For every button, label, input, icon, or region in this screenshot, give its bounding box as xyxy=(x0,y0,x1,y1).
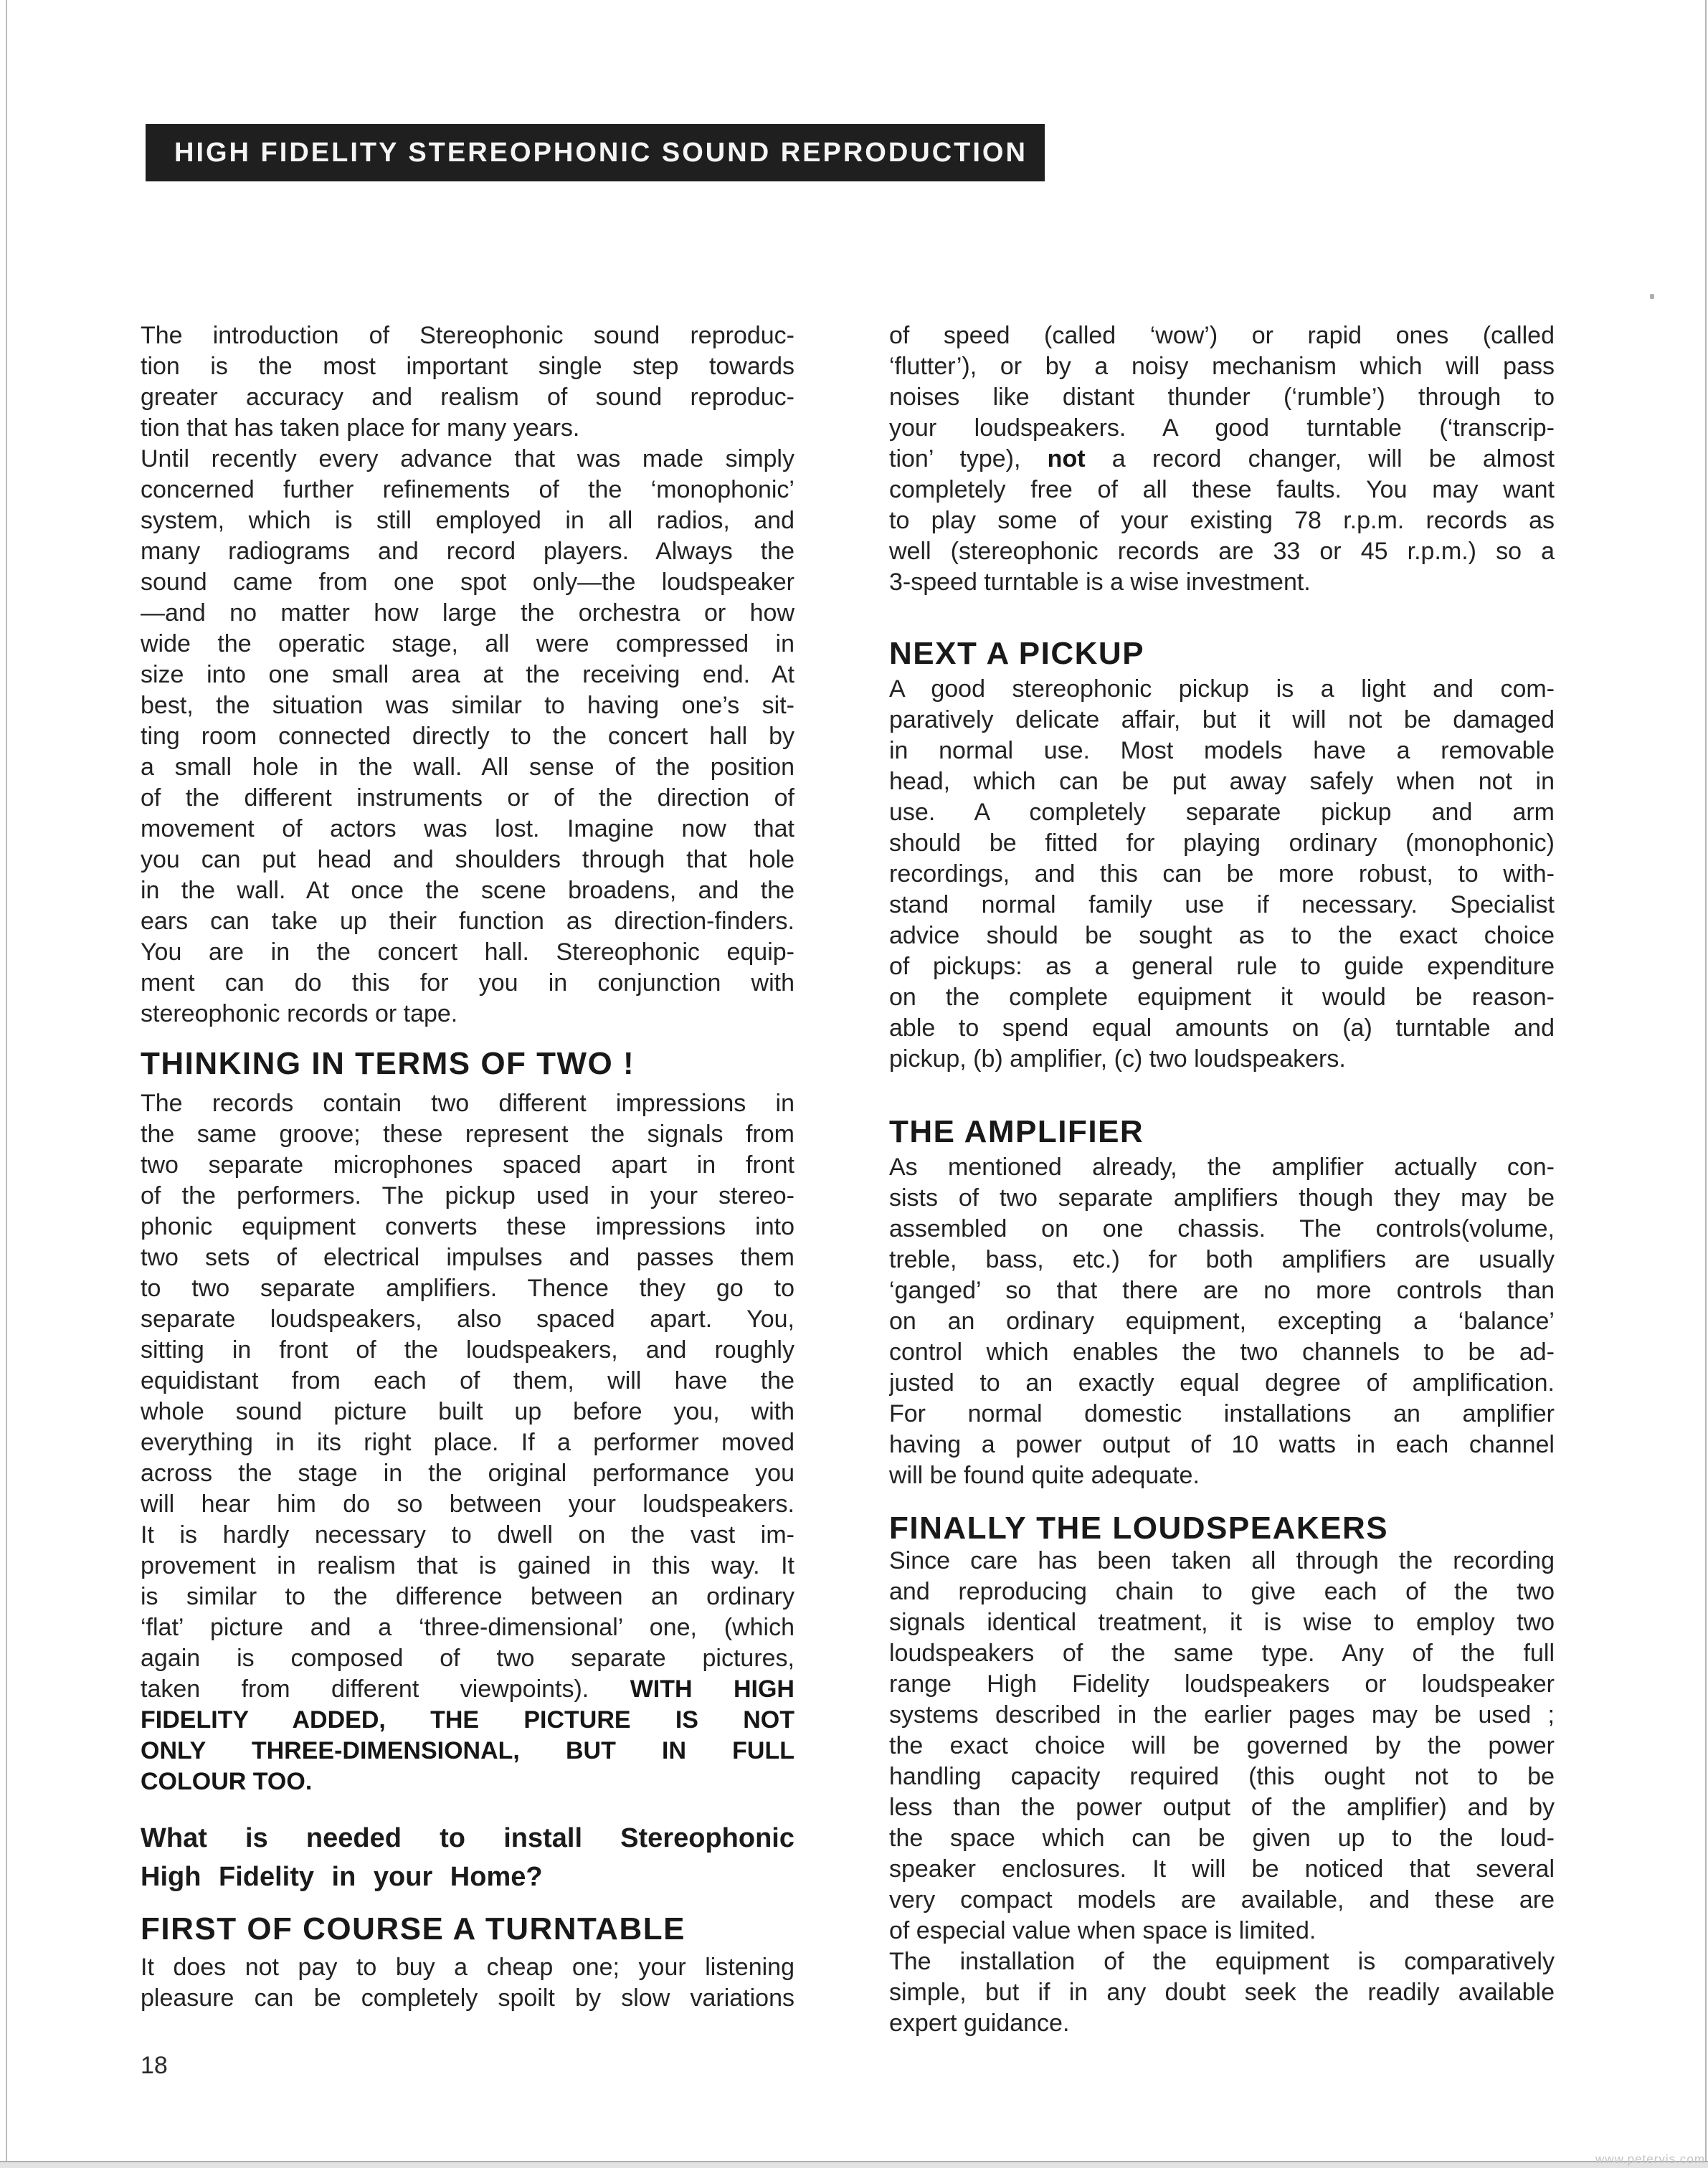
left-column: The introduction of Stereophonic sound r… xyxy=(141,320,794,2014)
text-line: ONLY THREE-DIMENSIONAL, BUT IN FULL xyxy=(141,1736,794,1767)
text-line: many radiograms and record players. Alwa… xyxy=(141,536,794,567)
text-line: of especial value when space is limited. xyxy=(889,1916,1555,1946)
section-heading: THE AMPLIFIER xyxy=(889,1115,1555,1149)
text-line: It does not pay to buy a cheap one; your… xyxy=(141,1952,794,1983)
text-line: is similar to the difference between an … xyxy=(141,1582,794,1612)
text-line: Since care has been taken all through th… xyxy=(889,1546,1555,1577)
page-number: 18 xyxy=(141,2052,168,2080)
paragraph: The introduction of Stereophonic sound r… xyxy=(141,320,794,1030)
text-line: to two separate amplifiers. Thence they … xyxy=(141,1273,794,1304)
text-line: will be found quite adequate. xyxy=(889,1460,1555,1491)
text-line: taken from different viewpoints). WITH H… xyxy=(141,1674,794,1705)
paragraph: As mentioned already, the amplifier actu… xyxy=(889,1152,1555,1491)
text-line: What is needed to install Stereophonic xyxy=(141,1819,794,1858)
text-line: wide the operatic stage, all were compre… xyxy=(141,629,794,660)
text-line: You are in the concert hall. Stereophoni… xyxy=(141,937,794,968)
text-line: equidistant from each of them, will have… xyxy=(141,1366,794,1397)
paragraph: of speed (called ‘wow’) or rapid ones (c… xyxy=(889,320,1555,598)
text-line: ‘ganged’ so that there are no more contr… xyxy=(889,1275,1555,1306)
text-line: —and no matter how large the orchestra o… xyxy=(141,598,794,629)
text-line: of pickups: as a general rule to guide e… xyxy=(889,951,1555,982)
text-line: your loudspeakers. A good turntable (‘tr… xyxy=(889,413,1555,444)
text-line: a small hole in the wall. All sense of t… xyxy=(141,752,794,783)
text-line: two sets of electrical impulses and pass… xyxy=(141,1242,794,1273)
text-line: the exact choice will be governed by the… xyxy=(889,1731,1555,1761)
text-line: the same groove; these represent the sig… xyxy=(141,1119,794,1150)
text-line: The records contain two different impres… xyxy=(141,1088,794,1119)
watermark: www.petervis.com xyxy=(1595,2152,1705,2167)
text-line: loudspeakers of the same type. Any of th… xyxy=(889,1638,1555,1669)
section-heading: FIRST OF COURSE A TURNTABLE xyxy=(141,1912,794,1946)
text-line: whole sound picture built up before you,… xyxy=(141,1397,794,1427)
text-line: movement of actors was lost. Imagine now… xyxy=(141,814,794,845)
text-line: in normal use. Most models have a remova… xyxy=(889,736,1555,766)
text-line: It is hardly necessary to dwell on the v… xyxy=(141,1520,794,1551)
text-line: very compact models are available, and t… xyxy=(889,1885,1555,1916)
document-page: HIGH FIDELITY STEREOPHONIC SOUND REPRODU… xyxy=(0,0,1708,2168)
text-line: expert guidance. xyxy=(889,2008,1555,2039)
text-line: FIDELITY ADDED, THE PICTURE IS NOT xyxy=(141,1705,794,1736)
scan-artifact-dot xyxy=(1650,294,1654,299)
text-line: justed to an exactly equal degree of amp… xyxy=(889,1368,1555,1399)
text-line: simple, but if in any doubt seek the rea… xyxy=(889,1977,1555,2008)
text-line: you can put head and shoulders through t… xyxy=(141,845,794,875)
text-line: noises like distant thunder (‘rumble’) t… xyxy=(889,382,1555,413)
paragraph: Since care has been taken all through th… xyxy=(889,1546,1555,2039)
section-heading: FINALLY THE LOUDSPEAKERS xyxy=(889,1511,1555,1546)
text-line: ‘flat’ picture and a ‘three-dimensional’… xyxy=(141,1612,794,1643)
text-line: tion that has taken place for many years… xyxy=(141,413,794,444)
text-line: 3-speed turntable is a wise investment. xyxy=(889,567,1555,598)
text-line: tion is the most important single step t… xyxy=(141,351,794,382)
text-line: less than the power output of the amplif… xyxy=(889,1792,1555,1823)
text-line: across the stage in the original perform… xyxy=(141,1458,794,1489)
text-line: head, which can be put away safely when … xyxy=(889,766,1555,797)
text-line: sound came from one spot only—the loudsp… xyxy=(141,567,794,598)
text-line: phonic equipment converts these impressi… xyxy=(141,1212,794,1242)
text-line: size into one small area at the receivin… xyxy=(141,660,794,690)
page-banner-title: HIGH FIDELITY STEREOPHONIC SOUND REPRODU… xyxy=(146,124,1045,181)
text-line: ‘flutter’), or by a noisy mechanism whic… xyxy=(889,351,1555,382)
text-line: greater accuracy and realism of sound re… xyxy=(141,382,794,413)
text-line: stand normal family use if necessary. Sp… xyxy=(889,890,1555,921)
text-line: the space which can be given up to the l… xyxy=(889,1823,1555,1854)
text-line: tion’ type), not a record changer, will … xyxy=(889,444,1555,475)
text-line: use. A completely separate pickup and ar… xyxy=(889,797,1555,828)
text-line: control which enables the two channels t… xyxy=(889,1337,1555,1368)
text-line: two separate microphones spaced apart in… xyxy=(141,1150,794,1181)
text-line: provement in realism that is gained in t… xyxy=(141,1551,794,1582)
text-line: speaker enclosures. It will be noticed t… xyxy=(889,1854,1555,1885)
text-line: recordings, and this can be more robust,… xyxy=(889,859,1555,890)
text-line: A good stereophonic pickup is a light an… xyxy=(889,674,1555,705)
text-line: Until recently every advance that was ma… xyxy=(141,444,794,475)
text-line: again is composed of two separate pictur… xyxy=(141,1643,794,1674)
text-line: For normal domestic installations an amp… xyxy=(889,1399,1555,1430)
text-line: on the complete equipment it would be re… xyxy=(889,982,1555,1013)
text-line: of speed (called ‘wow’) or rapid ones (c… xyxy=(889,320,1555,351)
question-subheading: What is needed to install StereophonicHi… xyxy=(141,1819,794,1896)
text-line: signals identical treatment, it is wise … xyxy=(889,1607,1555,1638)
text-line: systems described in the earlier pages m… xyxy=(889,1700,1555,1731)
text-line: sitting in front of the loudspeakers, an… xyxy=(141,1335,794,1366)
text-line: completely free of all these faults. You… xyxy=(889,475,1555,505)
text-line: range High Fidelity loudspeakers or loud… xyxy=(889,1669,1555,1700)
text-line: paratively delicate affair, but it will … xyxy=(889,705,1555,736)
right-column: of speed (called ‘wow’) or rapid ones (c… xyxy=(889,320,1555,2039)
text-line: should be fitted for playing ordinary (m… xyxy=(889,828,1555,859)
text-line: assembled on one chassis. The controls(v… xyxy=(889,1214,1555,1245)
text-line: stereophonic records or tape. xyxy=(141,999,794,1030)
text-line: The introduction of Stereophonic sound r… xyxy=(141,320,794,351)
text-line: ting room connected directly to the conc… xyxy=(141,721,794,752)
text-line: in the wall. At once the scene broadens,… xyxy=(141,875,794,906)
scan-edge-bottom xyxy=(0,2161,1708,2168)
text-line: concerned further refinements of the ‘mo… xyxy=(141,475,794,505)
paragraph: A good stereophonic pickup is a light an… xyxy=(889,674,1555,1075)
text-line: everything in its right place. If a perf… xyxy=(141,1427,794,1458)
text-line: system, which is still employed in all r… xyxy=(141,505,794,536)
text-line: well (stereophonic records are 33 or 45 … xyxy=(889,536,1555,567)
text-line: ment can do this for you in conjunction … xyxy=(141,968,794,999)
section-heading: THINKING IN TERMS OF TWO ! xyxy=(141,1047,794,1081)
section-heading: NEXT A PICKUP xyxy=(889,637,1555,671)
scan-edge-right xyxy=(1705,0,1707,2168)
text-line: As mentioned already, the amplifier actu… xyxy=(889,1152,1555,1183)
text-line: of the different instruments or of the d… xyxy=(141,783,794,814)
text-line: High Fidelity in your Home? xyxy=(141,1858,794,1896)
paragraph: It does not pay to buy a cheap one; your… xyxy=(141,1952,794,2014)
paragraph: The records contain two different impres… xyxy=(141,1088,794,1797)
text-line: on an ordinary equipment, excepting a ‘b… xyxy=(889,1306,1555,1337)
text-line: separate loudspeakers, also spaced apart… xyxy=(141,1304,794,1335)
text-line: sists of two separate amplifiers though … xyxy=(889,1183,1555,1214)
text-line: able to spend equal amounts on (a) turnt… xyxy=(889,1013,1555,1044)
text-line: to play some of your existing 78 r.p.m. … xyxy=(889,505,1555,536)
text-line: having a power output of 10 watts in eac… xyxy=(889,1430,1555,1460)
text-line: pickup, (b) amplifier, (c) two loudspeak… xyxy=(889,1044,1555,1075)
text-line: of the performers. The pickup used in yo… xyxy=(141,1181,794,1212)
text-line: The installation of the equipment is com… xyxy=(889,1946,1555,1977)
text-line: treble, bass, etc.) for both amplifiers … xyxy=(889,1245,1555,1275)
text-line: pleasure can be completely spoilt by slo… xyxy=(141,1983,794,2014)
text-line: and reproducing chain to give each of th… xyxy=(889,1577,1555,1607)
text-line: handling capacity required (this ought n… xyxy=(889,1761,1555,1792)
scan-edge-left xyxy=(6,0,7,2168)
text-line: best, the situation was similar to havin… xyxy=(141,690,794,721)
text-line: will hear him do so between your loudspe… xyxy=(141,1489,794,1520)
text-line: ears can take up their function as direc… xyxy=(141,906,794,937)
text-line: advice should be sought as to the exact … xyxy=(889,921,1555,951)
text-line: COLOUR TOO. xyxy=(141,1767,794,1797)
